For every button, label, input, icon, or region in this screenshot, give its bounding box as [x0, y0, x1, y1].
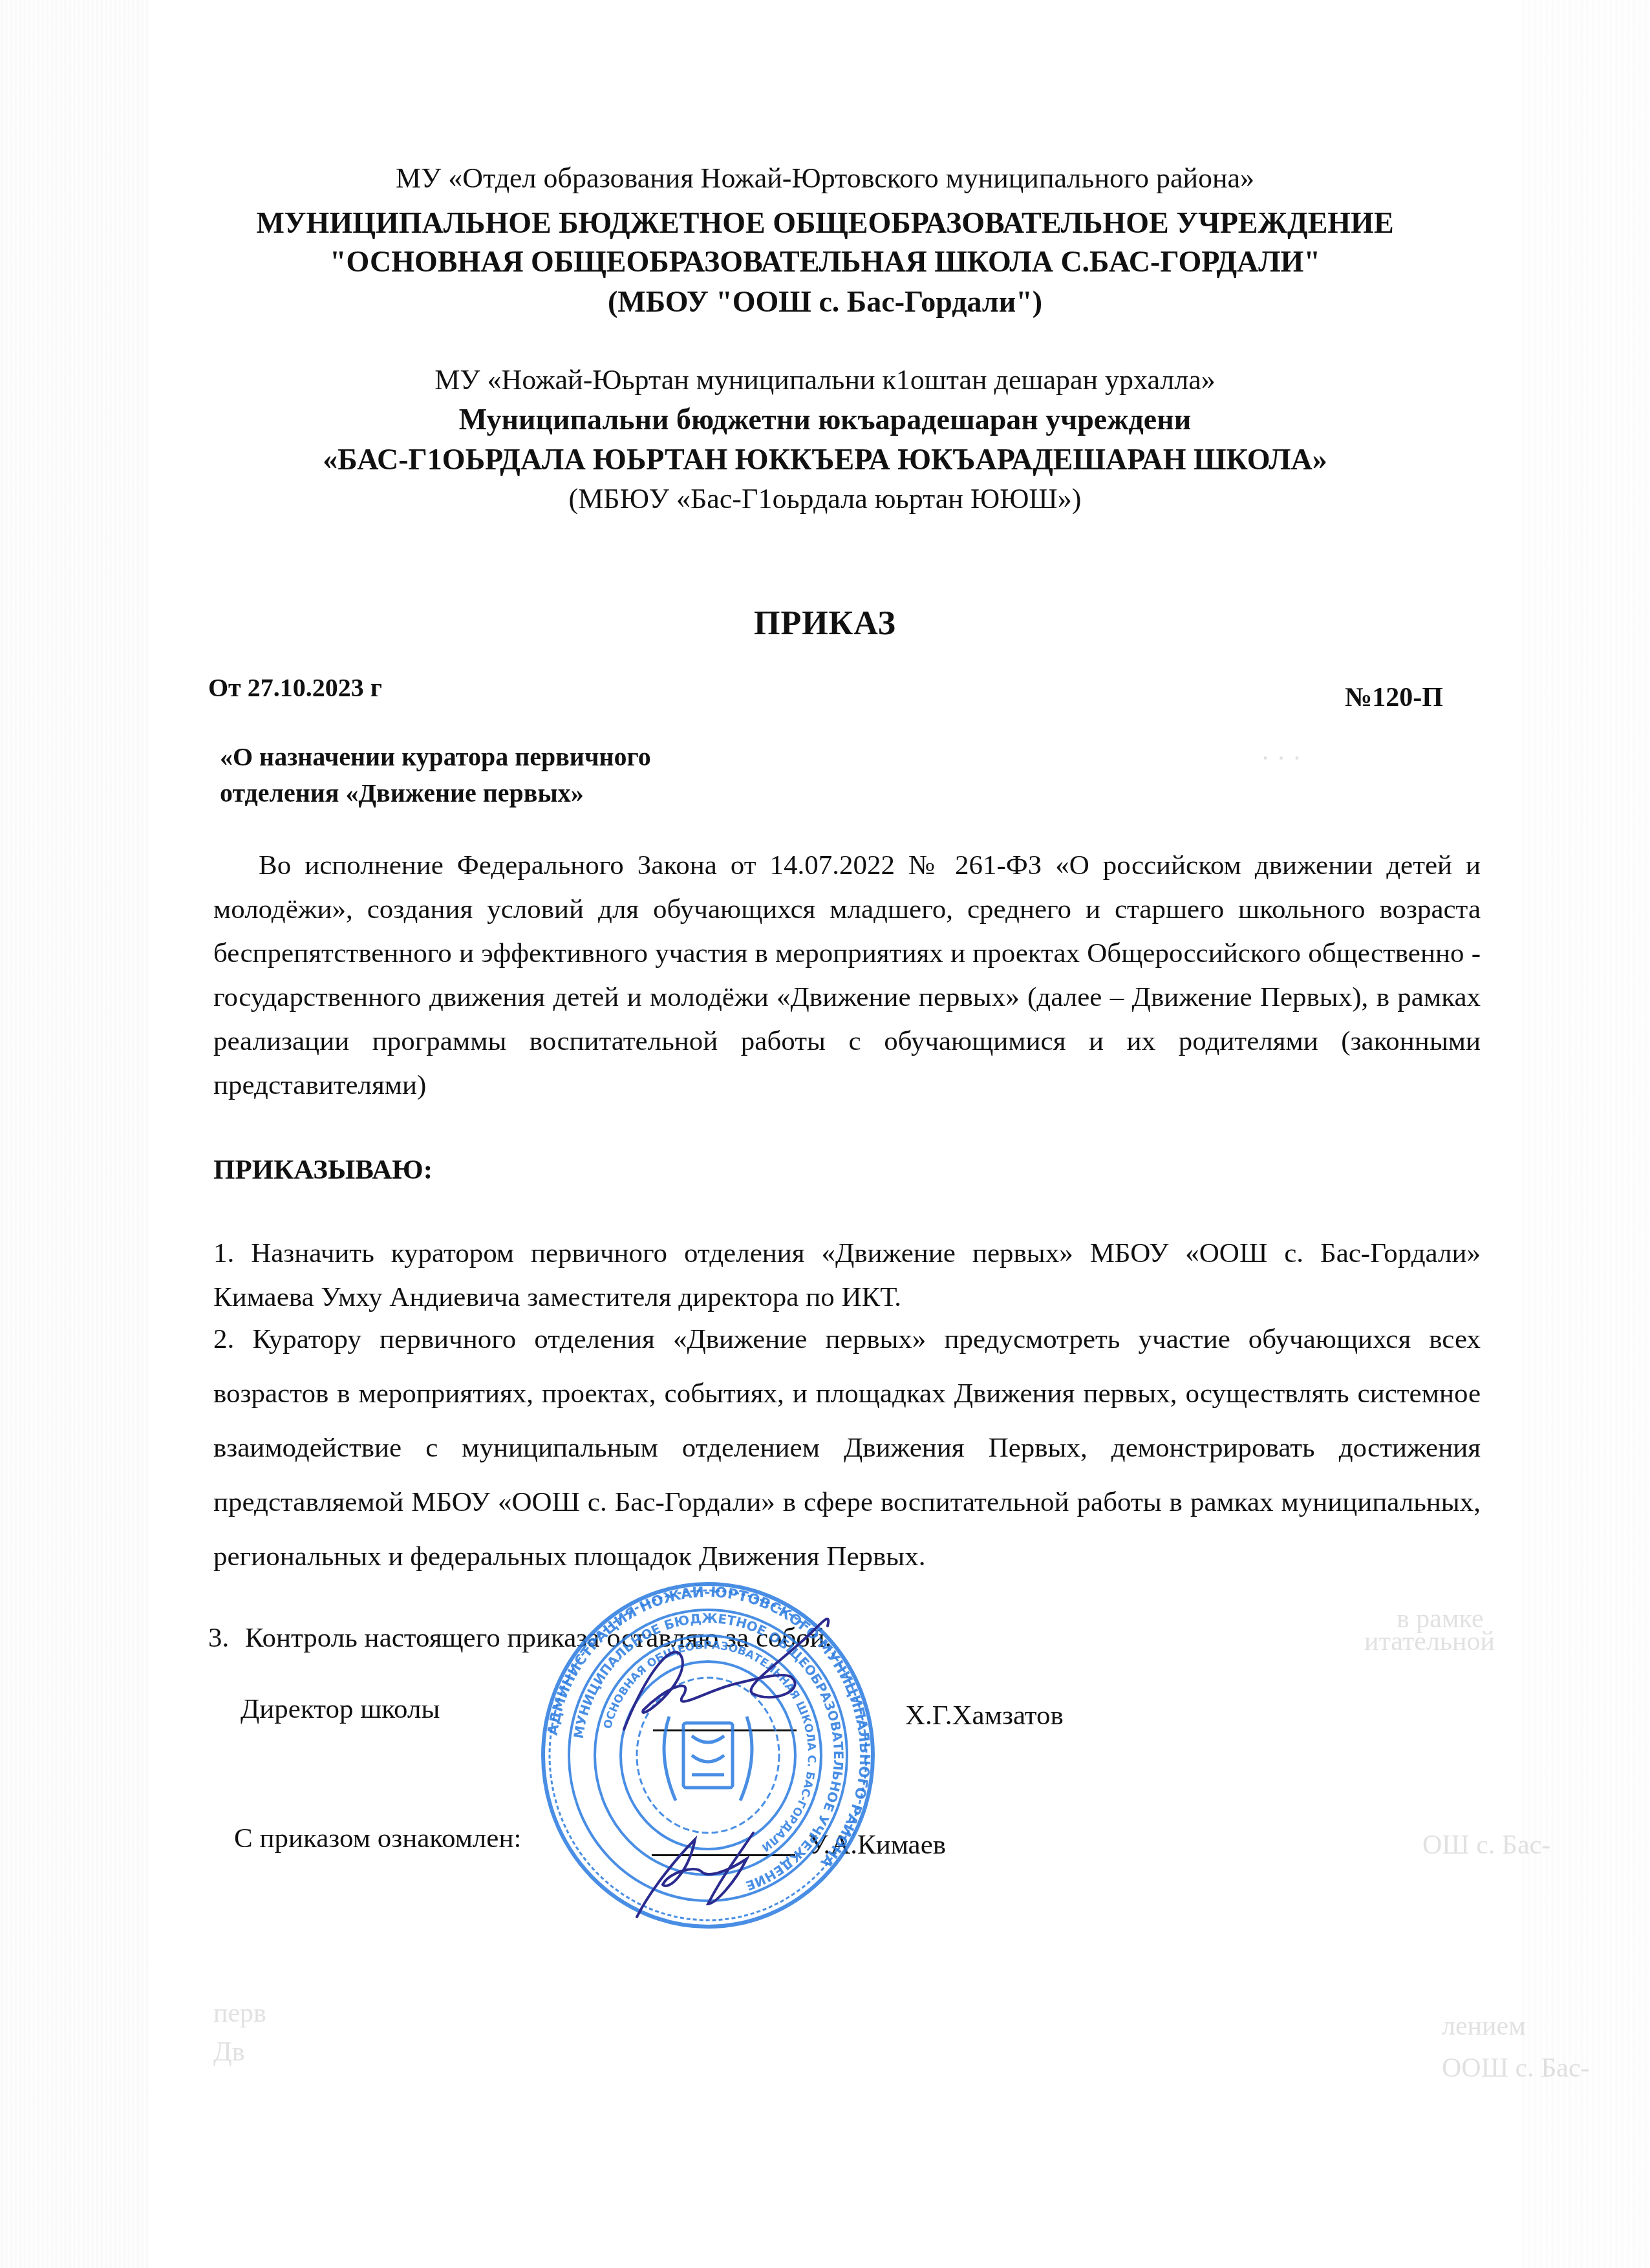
- bleed-through-text: ОШ с. Бас-: [1422, 1830, 1550, 1861]
- director-label: Директор школы: [241, 1687, 440, 1731]
- bleed-through-text: итательной: [1364, 1626, 1495, 1657]
- directive-item-2: 2. Куратору первичного отделения «Движен…: [213, 1312, 1481, 1584]
- director-name: Х.Г.Хамзатов: [905, 1694, 1064, 1738]
- bleed-through-text: Дв: [213, 2037, 244, 2068]
- header-ru-line3: "ОСНОВНАЯ ОБЩЕОБРАЗОВАТЕЛЬНАЯ ШКОЛА С.БА…: [0, 244, 1650, 279]
- coat-of-arms-icon: [664, 1717, 752, 1801]
- bleed-through-text: лением: [1442, 2011, 1526, 2042]
- official-seal-stamp: АДМИНИСТРАЦИЯ НОЖАЙ-ЮРТОВСКОГО МУНИЦИПАЛ…: [540, 1581, 876, 1930]
- preamble-paragraph: Во исполнение Федерального Закона от 14.…: [213, 844, 1481, 1107]
- order-date: От 27.10.2023 г: [208, 672, 382, 703]
- bleed-through-text: перв: [213, 1998, 266, 2029]
- bleed-through-text: ООШ с. Бас-: [1442, 2053, 1590, 2084]
- item-number: 3.: [208, 1623, 229, 1653]
- bleed-through-text: · · ·: [1261, 744, 1302, 775]
- order-subject-line1: «О назначении куратора первичного: [220, 742, 651, 772]
- item-number: 1.: [213, 1238, 234, 1268]
- directive-heading: ПРИКАЗЫВАЮ:: [213, 1154, 433, 1186]
- directive-item-1: 1. Назначить куратором первичного отделе…: [213, 1232, 1481, 1320]
- header-ce-line4: (МБЮУ «Бас-Г1оьрдала юьртан ЮЮШ»): [0, 482, 1650, 515]
- order-title: ПРИКАЗ: [0, 604, 1650, 643]
- order-subject-line2: отделения «Движение первых»: [220, 778, 584, 808]
- item-number: 2.: [213, 1324, 234, 1354]
- header-ce-line2: Муниципальни бюджетни юкъарадешаран учре…: [0, 402, 1650, 436]
- acknowledged-label: С приказом ознакомлен:: [234, 1817, 521, 1861]
- seal-inner-text: ОСНОВНАЯ ОБЩЕОБРАЗОВАТЕЛЬНАЯ ШКОЛА С. БА…: [601, 1639, 818, 1854]
- header-ru-line4: (МБОУ "ООШ с. Бас-Гордали"): [0, 284, 1650, 319]
- document-page: МУ «Отдел образования Ножай-Юртовского м…: [0, 0, 1650, 2268]
- header-ru-line1: МУ «Отдел образования Ножай-Юртовского м…: [0, 162, 1650, 195]
- item-text: Куратору первичного отделения «Движение …: [213, 1324, 1481, 1572]
- scan-noise-right: [1521, 0, 1650, 2268]
- header-ru-line2: МУНИЦИПАЛЬНОЕ БЮДЖЕТНОЕ ОБЩЕОБРАЗОВАТЕЛЬ…: [0, 206, 1650, 240]
- header-ce-line1: МУ «Ножай-Юьртан муниципальни к1оштан де…: [0, 363, 1650, 396]
- scan-noise-left: [0, 0, 149, 2268]
- header-ce-line3: «БАС-Г1ОЬРДАЛА ЮЬРТАН ЮККЪЕРА ЮКЪАРАДЕША…: [0, 442, 1650, 476]
- item-text: Назначить куратором первичного отделения…: [213, 1238, 1481, 1312]
- order-number: №120-П: [1345, 682, 1443, 713]
